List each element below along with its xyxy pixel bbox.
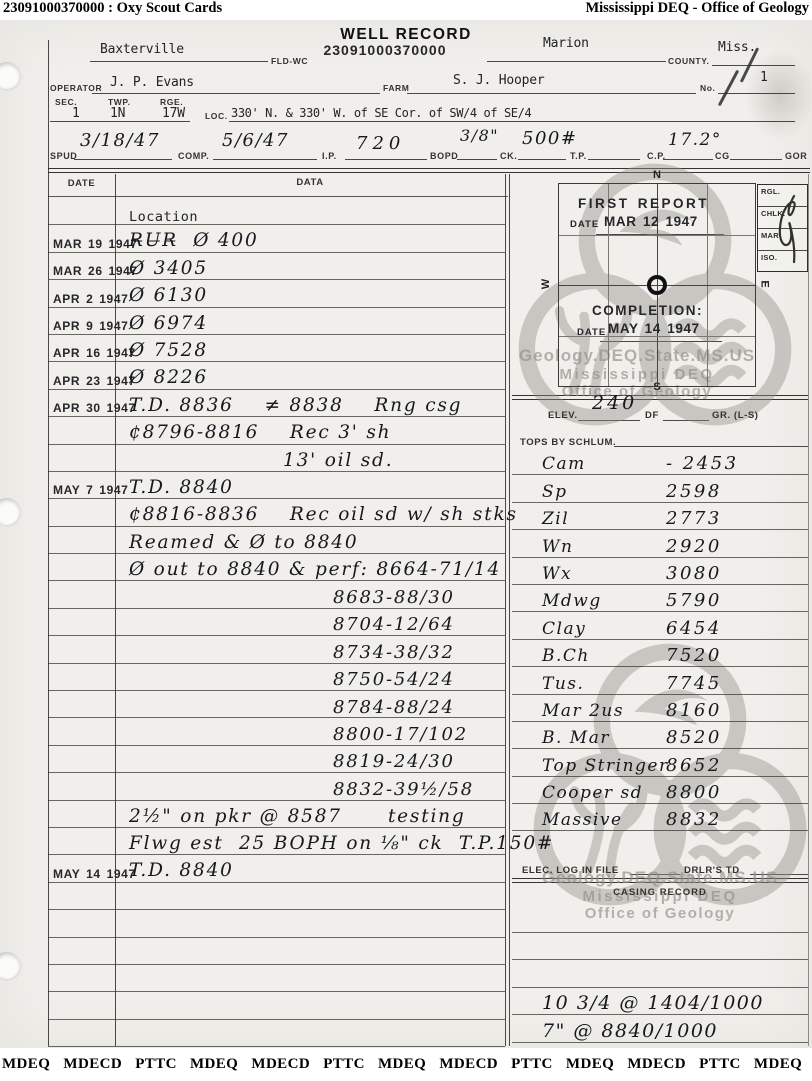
log-row: MAR 26 1947 Ø 3405 xyxy=(48,253,505,280)
ck-underline xyxy=(518,159,566,160)
well-no-label: No. xyxy=(700,83,716,93)
log-row: 2½" on pkr @ 8587 testing xyxy=(48,801,505,828)
first-report-stamp: FIRST REPORT xyxy=(578,196,709,211)
elev-underline xyxy=(578,420,640,421)
log-row: 8832-39½/58 xyxy=(48,773,505,800)
county-value: Marion xyxy=(543,36,589,51)
well-no-value: 1 xyxy=(760,70,768,85)
tops-row: Wx 3080 xyxy=(512,558,808,585)
hole-punch xyxy=(0,952,20,979)
rge-value: 17W xyxy=(162,106,185,121)
elev-value: 240 xyxy=(592,392,637,414)
log-entry-text: 8800-17/102 xyxy=(115,725,505,745)
log-entry-text: Ø 6974 xyxy=(115,314,505,334)
spud-value: 3/18/47 xyxy=(80,130,160,151)
tops-row: Wn 2920 xyxy=(512,530,808,557)
log-entry-text: Ø 8226 xyxy=(115,368,505,388)
casing-divider-rule xyxy=(512,878,808,883)
log-entry-text: ¢8796-8816 Rec 3' sh xyxy=(115,423,505,443)
log-row xyxy=(48,992,505,1019)
panel-divider-inner xyxy=(509,174,510,1046)
casing-row: 10 3/4 @ 1404/1000 xyxy=(512,988,808,1016)
df-label: DF xyxy=(645,410,659,421)
casing-entry: 7" @ 8840/1000 xyxy=(512,1020,718,1042)
log-entry-text: T.D. 8840 xyxy=(115,861,505,881)
spud-label: SPUD xyxy=(50,151,77,161)
cp-value: 17.2° xyxy=(668,130,722,150)
log-entry-text: T.D. 8840 xyxy=(115,478,505,498)
tops-row: Mar 2us 8160 xyxy=(512,695,808,722)
log-row: 8784-88/24 xyxy=(48,691,505,718)
log-entry-text: Flwg est 25 BOPH on ⅛" ck T.P.150# xyxy=(115,834,554,854)
log-row xyxy=(48,910,505,937)
tops-underline xyxy=(614,446,808,447)
log-entry-text: 8784-88/24 xyxy=(115,698,505,718)
formation-name: B.Ch xyxy=(542,646,666,666)
log-entry-text: 8832-39½/58 xyxy=(115,780,505,800)
log-row: MAY 14 1947 T.D. 8840 xyxy=(48,855,505,882)
farm-value: S. J. Hooper xyxy=(453,73,545,88)
formation-depth: 7520 xyxy=(666,645,722,666)
comp-label: COMP. xyxy=(178,151,209,161)
loc-value: 330' N. & 330' W. of SE Cor. of SW/4 of … xyxy=(231,106,531,120)
log-row: APR 23 1947 Ø 8226 xyxy=(48,362,505,389)
log-entry-text: 8683-88/30 xyxy=(115,588,505,608)
api-number: 23091000370000 xyxy=(300,42,470,58)
document-id-title: 23091000370000 : Oxy Scout Cards xyxy=(3,0,222,17)
agency-title: Mississippi DEQ - Office of Geology xyxy=(585,0,809,17)
cp-label: C.P. xyxy=(647,151,666,161)
completion-stamp: COMPLETION: xyxy=(592,303,703,318)
log-entry-text: 8734-38/32 xyxy=(115,643,505,663)
casing-row xyxy=(512,905,808,933)
elev-label: ELEV. xyxy=(548,410,578,421)
log-row: 8750-54/24 xyxy=(48,664,505,691)
formation-name: Tus. xyxy=(542,674,666,694)
formation-name: Massive xyxy=(542,810,666,830)
formation-depth: 8160 xyxy=(666,700,722,721)
bopd-value: 3/8" xyxy=(460,126,499,145)
comp-value: 5/6/47 xyxy=(222,130,289,151)
well-location-marker xyxy=(647,275,667,295)
date-column-header: DATE xyxy=(48,178,115,189)
log-row: Ø out to 8840 & perf: 8664-71/14 xyxy=(48,554,505,581)
log-date-stamp: APR 30 1947 xyxy=(48,401,115,416)
log-date-stamp: APR 2 1947 xyxy=(48,292,115,307)
ip-label: I.P. xyxy=(322,151,337,161)
tops-row: Tus. 7745 xyxy=(512,667,808,694)
state-underline xyxy=(712,65,795,66)
log-row: ¢8816-8836 Rec oil sd w/ sh stks xyxy=(48,499,505,526)
hole-punch xyxy=(0,498,20,525)
log-row: Flwg est 25 BOPH on ⅛" ck T.P.150# xyxy=(48,828,505,855)
spud-underline xyxy=(74,159,172,160)
log-date-stamp: APR 9 1947 xyxy=(48,319,115,334)
formation-depth: 2920 xyxy=(666,536,722,557)
log-row xyxy=(48,883,505,910)
tops-row: Mdwg 5790 xyxy=(512,585,808,612)
log-entry-text: Location xyxy=(115,210,505,225)
form-right-border xyxy=(808,174,809,1046)
bopd-label: BOPD xyxy=(430,151,458,161)
log-row: Reamed & Ø to 8840 xyxy=(48,527,505,554)
formation-depth: 5790 xyxy=(666,590,722,611)
log-row: 13' oil sd. xyxy=(48,445,505,472)
log-date-stamp: MAR 19 1947 xyxy=(48,237,115,252)
formation-depth: 8832 xyxy=(666,809,722,830)
drilling-log: Location MAR 19 1947 R̶U̶R̶ Ø 400 MAR 26… xyxy=(48,198,505,1047)
elec-log-label: ELEC. LOG IN FILE xyxy=(522,865,619,876)
log-entry-text: Ø out to 8840 & perf: 8664-71/14 xyxy=(115,560,505,580)
casing-record-list: 10 3/4 @ 1404/1000 7" @ 8840/1000 xyxy=(512,905,808,1043)
field-label: FLD-WC xyxy=(271,56,308,66)
log-row: MAR 19 1947 R̶U̶R̶ Ø 400 xyxy=(48,225,505,252)
formation-name: Wn xyxy=(542,537,666,557)
tops-label: TOPS BY SCHLUM. xyxy=(520,437,616,448)
formation-depth: - 2453 xyxy=(666,453,739,474)
log-entry-text: 8819-24/30 xyxy=(115,752,505,772)
formation-depth: 3080 xyxy=(666,563,722,584)
log-row xyxy=(48,965,505,992)
well-no-underline xyxy=(718,93,795,94)
str-underline xyxy=(50,121,190,122)
drlrs-td-underline xyxy=(750,874,808,875)
tops-row: Zil 2773 xyxy=(512,503,808,530)
log-row: Location xyxy=(48,198,505,225)
loc-underline xyxy=(229,121,795,122)
footer-org-strip: MDEQ MDECD PTTC MDEQ MDECD PTTC MDEQ MDE… xyxy=(0,1048,812,1081)
tops-row: B. Mar 8520 xyxy=(512,722,808,749)
log-entry-text: ¢8816-8836 Rec oil sd w/ sh stks xyxy=(115,505,518,525)
log-entry-text: Ø 6130 xyxy=(115,286,505,306)
county-label: COUNTY. xyxy=(668,56,710,66)
formation-name: Mar 2us xyxy=(542,701,666,721)
log-row xyxy=(48,938,505,965)
cp-underline xyxy=(663,159,713,160)
formation-name: Wx xyxy=(542,564,666,584)
log-row: APR 9 1947 Ø 6974 xyxy=(48,308,505,335)
formation-name: B. Mar xyxy=(542,728,666,748)
casing-row: 7" @ 8840/1000 xyxy=(512,1015,808,1043)
log-row: 8819-24/30 xyxy=(48,746,505,773)
tp-label: T.P. xyxy=(570,151,587,161)
log-row: MAY 7 1947 T.D. 8840 xyxy=(48,472,505,499)
first-report-date-stamp: MAR 12 1947 xyxy=(604,214,698,229)
scan-smudge xyxy=(745,50,812,140)
df-underline xyxy=(663,420,709,421)
compass-east-label: E xyxy=(759,280,771,287)
formation-name: Clay xyxy=(542,619,666,639)
tops-row: Cooper sd 8800 xyxy=(512,777,808,804)
cg-underline xyxy=(730,159,782,160)
formation-name: Top Stringer xyxy=(542,756,666,776)
log-entry-text: 8704-12/64 xyxy=(115,615,505,635)
log-entry-text: T.D. 8836 ≠ 8838 Rng csg xyxy=(115,396,505,416)
log-date-stamp: APR 16 1947 xyxy=(48,346,115,361)
drlrs-td-label: DRLR'S TD xyxy=(684,865,740,876)
bopd-underline xyxy=(457,159,497,160)
field-underline xyxy=(90,61,268,62)
ck-label: CK. xyxy=(500,151,517,161)
compass-west-label: W xyxy=(540,279,552,289)
log-row: 8683-88/30 xyxy=(48,581,505,608)
scanned-well-record-page: { "overlay": { "top_left": "230910003700… xyxy=(0,0,812,1081)
operator-label: OPERATOR xyxy=(50,83,102,93)
formation-name: Cam xyxy=(542,454,666,474)
twp-value: 1N xyxy=(110,106,125,121)
log-date-stamp: APR 23 1947 xyxy=(48,374,115,389)
log-entry-text: Ø 3405 xyxy=(115,259,505,279)
formation-name: Sp xyxy=(542,482,666,502)
ip-value: 720 xyxy=(356,133,405,154)
compass-north-label: N xyxy=(558,169,756,181)
farm-underline xyxy=(407,93,696,94)
formation-depth: 8520 xyxy=(666,727,722,748)
panel-divider-rule xyxy=(512,395,808,400)
ck-value: 500# xyxy=(522,128,577,149)
operator-underline xyxy=(92,93,380,94)
log-row: APR 16 1947 Ø 7528 xyxy=(48,335,505,362)
comp-underline xyxy=(213,159,317,160)
sec-value: 1 xyxy=(72,106,80,121)
completion-date-label: DATE xyxy=(577,327,606,338)
formation-depth: 7745 xyxy=(666,673,722,694)
log-entry-text: 2½" on pkr @ 8587 testing xyxy=(115,807,505,827)
log-entry-text: Reamed & Ø to 8840 xyxy=(115,533,505,553)
first-report-date-label: DATE xyxy=(570,219,599,230)
casing-entry: 10 3/4 @ 1404/1000 xyxy=(512,992,764,1014)
log-row: APR 2 1947 Ø 6130 xyxy=(48,280,505,307)
tops-row: B.Ch 7520 xyxy=(512,640,808,667)
state-value: Miss. xyxy=(718,40,756,55)
log-entry-text: Ø 7528 xyxy=(115,341,505,361)
formation-depth: 8800 xyxy=(666,782,722,803)
formation-name: Zil xyxy=(542,509,666,529)
field-name-value: Baxterville xyxy=(100,42,184,57)
county-underline xyxy=(487,61,666,62)
completion-date-stamp: MAY 14 1947 xyxy=(608,321,700,336)
log-date-stamp: MAY 7 1947 xyxy=(48,483,115,498)
panel-divider-outer xyxy=(505,174,506,1046)
tops-row: Sp 2598 xyxy=(512,475,808,502)
well-record-card: WELL RECORD 23091000370000 Baxterville M… xyxy=(0,20,812,1048)
scan-header-strip: 23091000370000 : Oxy Scout Cards Mississ… xyxy=(0,0,812,20)
operator-value: J. P. Evans xyxy=(110,75,194,90)
header-rule xyxy=(48,196,508,197)
log-row: APR 30 1947 T.D. 8836 ≠ 8838 Rng csg xyxy=(48,390,505,417)
log-entry-text: 13' oil sd. xyxy=(115,451,505,471)
formation-name: Cooper sd xyxy=(542,783,666,803)
tops-row: Clay 6454 xyxy=(512,612,808,639)
log-row: 8800-17/102 xyxy=(48,718,505,745)
log-date-stamp: MAY 14 1947 xyxy=(48,867,115,882)
gr-label: GR. (L-S) xyxy=(712,410,759,421)
ip-underline xyxy=(345,159,427,160)
tp-underline xyxy=(588,159,640,160)
plat-grid-line xyxy=(559,235,755,236)
elec-log-underline xyxy=(630,874,680,875)
log-row: ¢8796-8816 Rec 3' sh xyxy=(48,417,505,444)
tops-row: Cam - 2453 xyxy=(512,448,808,475)
reviewer-initials-signature xyxy=(770,192,804,266)
pen-check-mark xyxy=(718,70,739,107)
gor-label: GOR xyxy=(785,151,807,161)
farm-label: FARM xyxy=(383,83,409,93)
formation-tops-list: Cam - 2453 Sp 2598 Zil 2773 Wn 2920 Wx 3… xyxy=(512,448,808,831)
formation-depth: 2598 xyxy=(666,481,722,502)
data-column-header: DATA xyxy=(115,177,505,188)
log-entry-text: R̶U̶R̶ Ø 400 xyxy=(115,231,505,251)
log-date-stamp: MAR 26 1947 xyxy=(48,264,115,279)
formation-depth: 8652 xyxy=(666,755,722,776)
formation-depth: 2773 xyxy=(666,508,722,529)
hole-punch xyxy=(0,62,20,89)
cg-label: CG xyxy=(715,151,730,161)
formation-depth: 6454 xyxy=(666,618,722,639)
log-row xyxy=(48,1020,505,1047)
loc-label: LOC. xyxy=(205,111,228,121)
tops-row: Top Stringer 8652 xyxy=(512,749,808,776)
tops-row: Massive 8832 xyxy=(512,804,808,831)
log-row: 8704-12/64 xyxy=(48,609,505,636)
casing-row xyxy=(512,933,808,961)
formation-name: Mdwg xyxy=(542,591,666,611)
casing-row xyxy=(512,960,808,988)
log-entry-text: 8750-54/24 xyxy=(115,670,505,690)
casing-record-label: CASING RECORD xyxy=(512,887,808,898)
log-row: 8734-38/32 xyxy=(48,636,505,663)
